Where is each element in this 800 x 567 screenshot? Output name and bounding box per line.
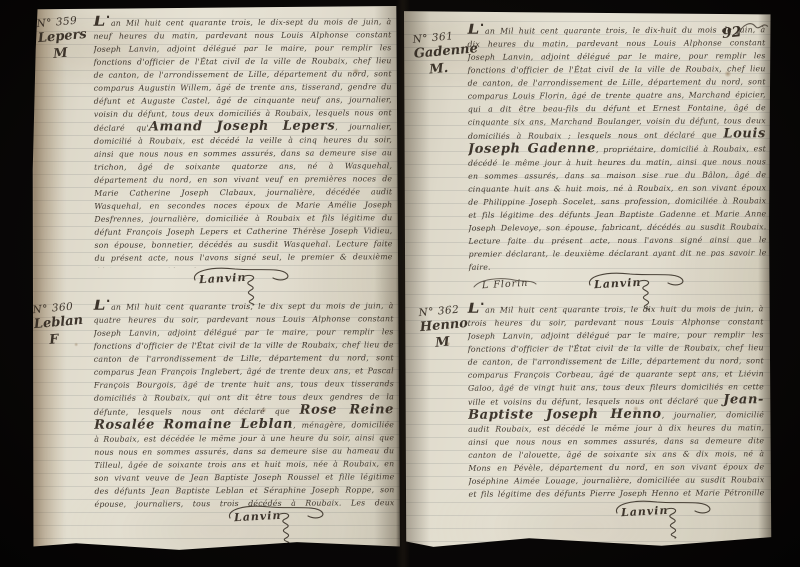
act-body: , propriétaire, domicilié à Roubaix, est… — [468, 144, 767, 272]
act-body: L'an Mil huit cent quarante trois, le di… — [467, 304, 763, 407]
deceased-name: Amand Joseph Lepers — [149, 119, 335, 135]
margin-annotation-359: N° 359 Lepers M — [36, 14, 89, 63]
sex-marker: F — [49, 330, 86, 348]
signature-lanvin: Lanvin — [222, 502, 332, 546]
deceased-surname: Henno — [419, 316, 468, 335]
margin-annotation-362: N° 362 Henno M — [418, 303, 470, 352]
fore-edge-stain — [32, 6, 66, 552]
signature-lanvin: Lanvin — [609, 497, 719, 541]
death-act-359: L'an Mil huit cent quarante trois, le di… — [93, 14, 392, 268]
death-act-362: L'an Mil huit cent quarante trois, le di… — [467, 301, 764, 501]
left-page: N° 359 Lepers M L'an Mil huit cent quara… — [32, 6, 400, 552]
act-body: , journalier, domicilié audit Roubaix, e… — [468, 410, 764, 501]
register-photo: N° 359 Lepers M L'an Mil huit cent quara… — [0, 0, 800, 567]
deceased-surname: Leblan — [33, 313, 83, 332]
signature-name: Lanvin — [234, 509, 282, 524]
deceased-surname: Lepers — [37, 27, 87, 46]
act-body: , journalier, domicilié à Roubaix, est d… — [94, 122, 393, 268]
margin-annotation-360: N° 360 Leblan F — [32, 300, 85, 349]
act-body: L'an Mil huit cent quarante trois, le di… — [93, 17, 392, 133]
sex-marker: M — [53, 44, 89, 62]
signature-name: Lanvin — [594, 276, 642, 291]
act-body: , ménagère, domiciliée à Roubaix, est dé… — [94, 420, 394, 510]
signature-name: Lanvin — [199, 271, 247, 286]
death-act-361: L'an Mil huit cent quarante trois, le di… — [467, 22, 766, 272]
act-body: L'an Mil huit cent quarante trois, le di… — [467, 25, 766, 141]
right-page: 92 N° 361 Gadenne M. L'an Mil huit cent … — [404, 9, 772, 549]
death-act-360: L'an Mil huit cent quarante trois, le di… — [93, 298, 394, 510]
act-body: L'an Mil huit cent quarante trois, le di… — [93, 301, 394, 417]
sex-marker: M — [435, 333, 470, 351]
gutter-shadow — [404, 9, 430, 549]
signature-name: Lanvin — [621, 504, 669, 519]
